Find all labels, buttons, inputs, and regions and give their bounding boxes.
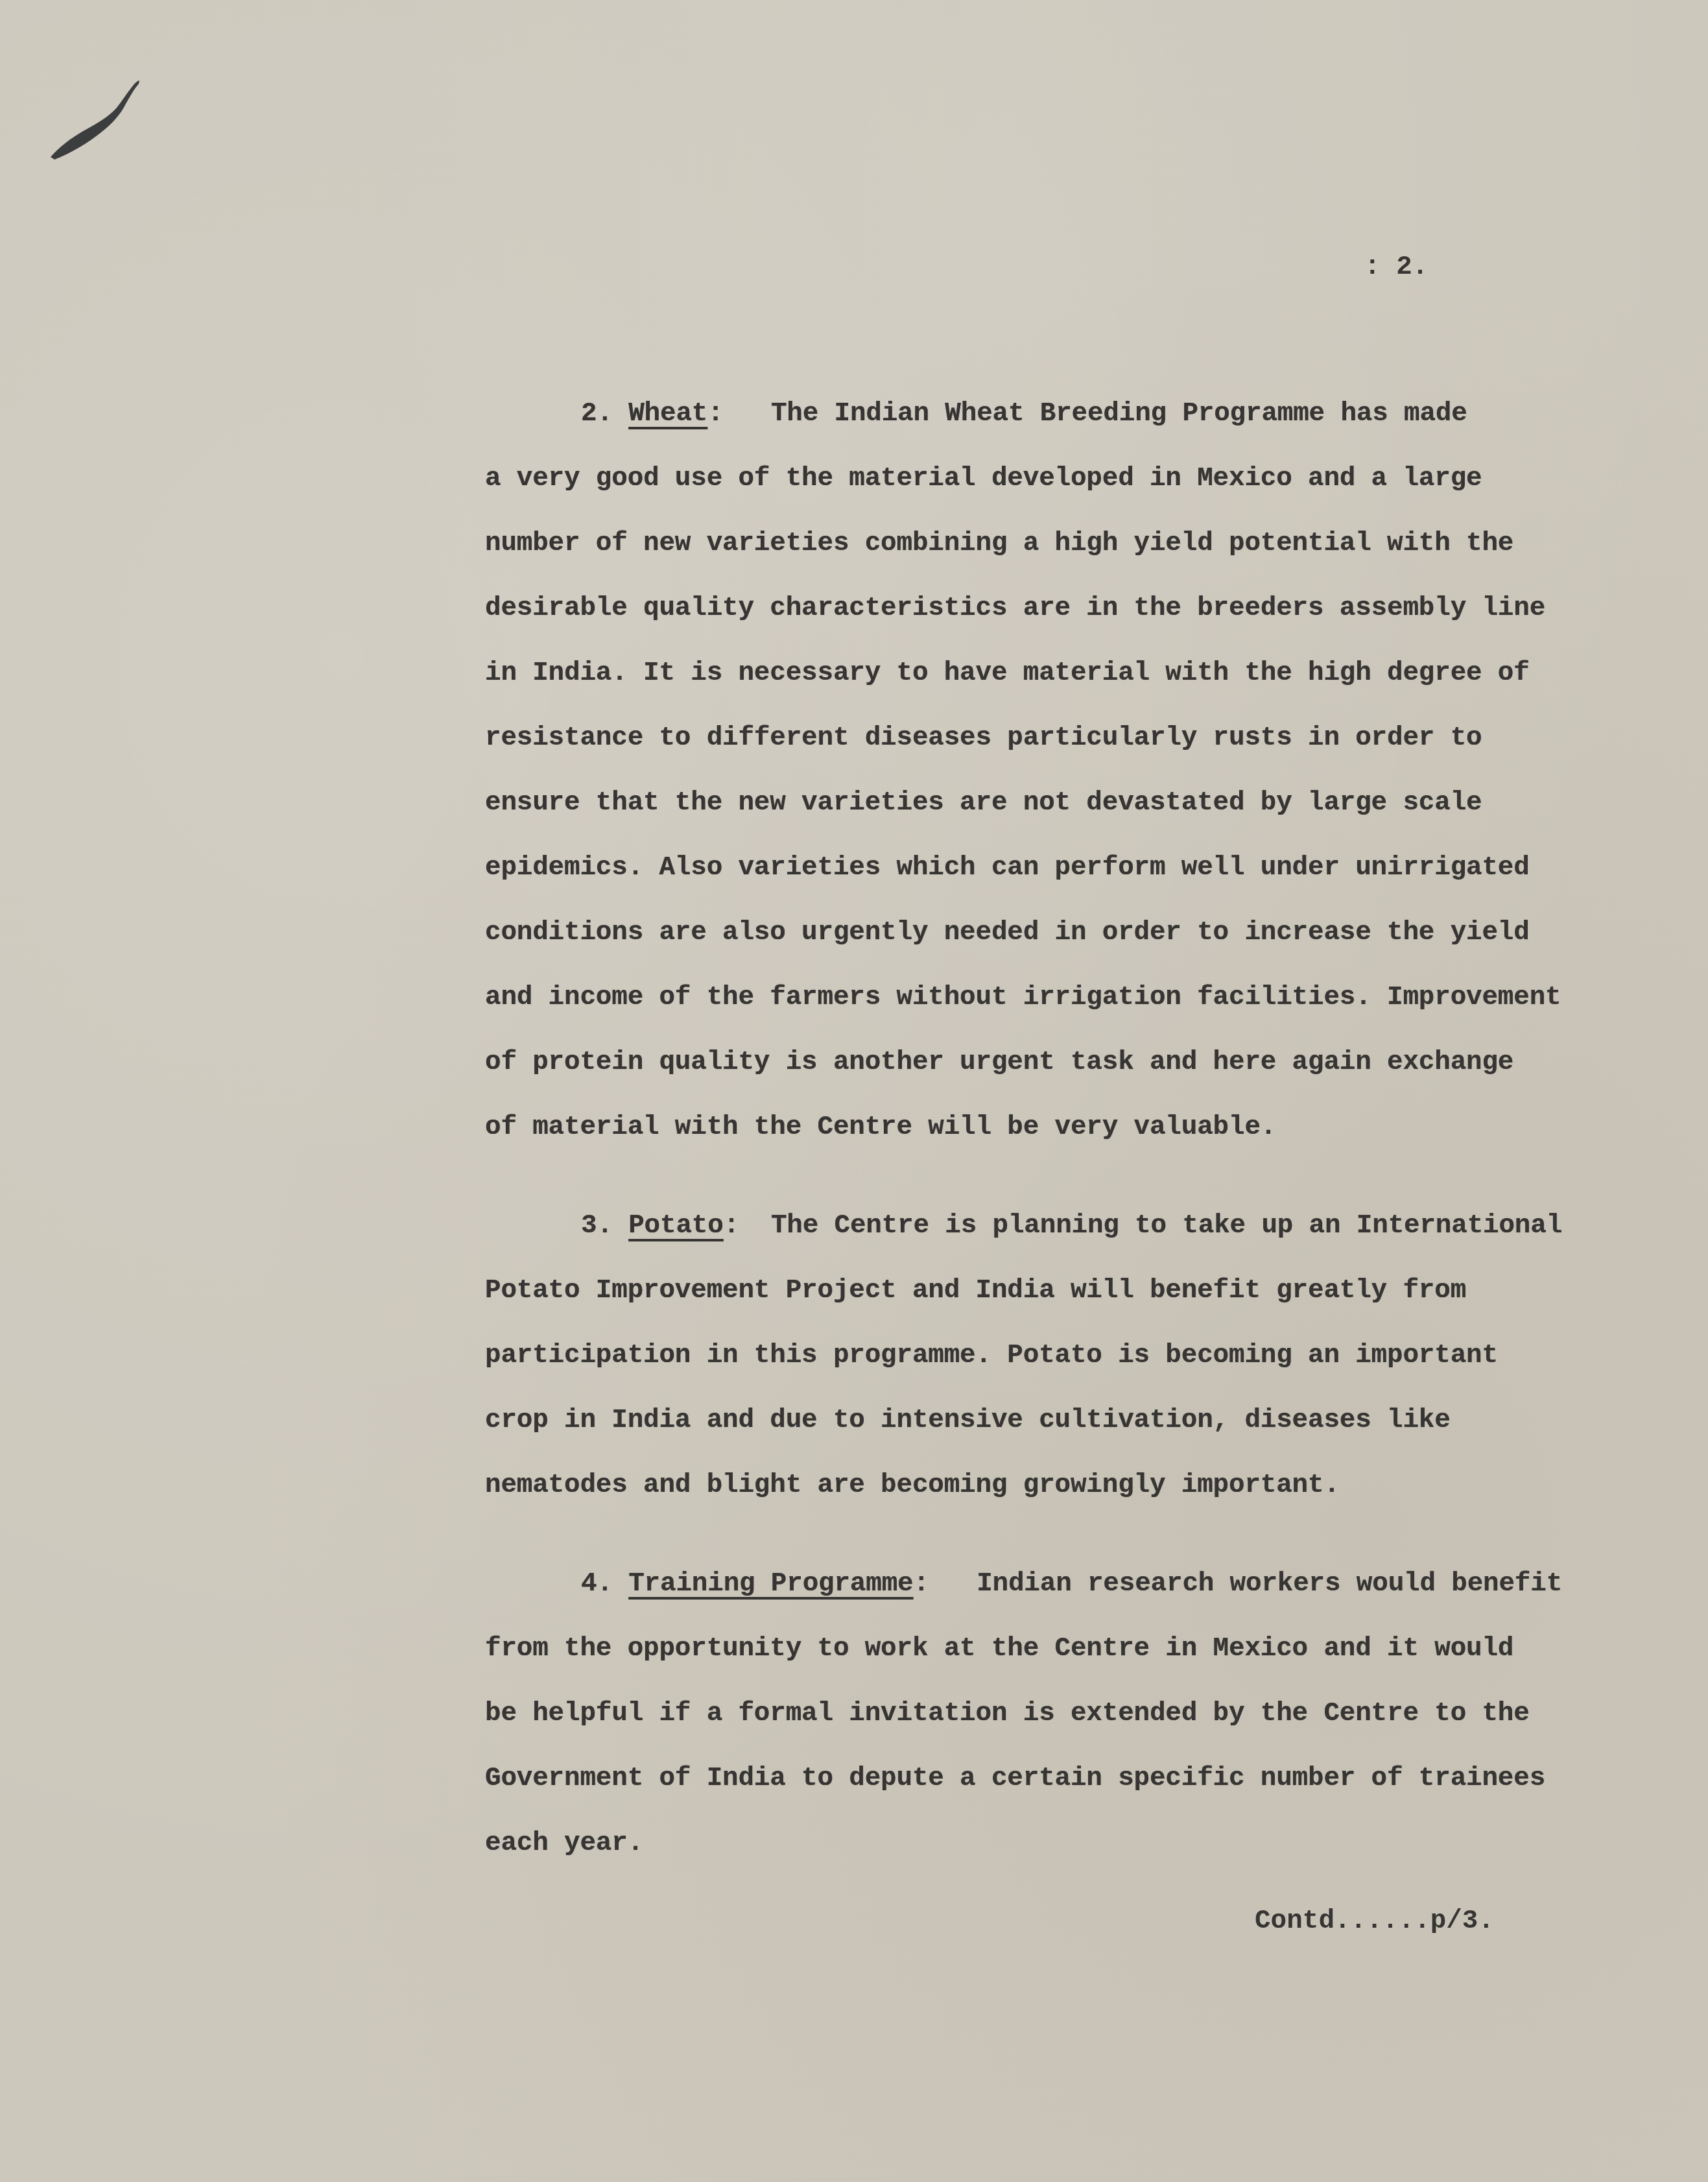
text-line: of protein quality is another urgent tas…	[485, 1030, 1620, 1095]
text-line: resistance to different diseases particu…	[485, 706, 1620, 771]
text-line: desirable quality characteristics are in…	[485, 576, 1620, 641]
text-line: and income of the farmers without irriga…	[485, 965, 1620, 1030]
text-line: Government of India to depute a certain …	[485, 1746, 1620, 1811]
text-line: number of new varieties combining a high…	[485, 511, 1620, 576]
page-number: : 2.	[1364, 254, 1428, 281]
text-line: The Indian Wheat Breeding Programme has …	[771, 399, 1467, 429]
ink-blot-mark	[45, 78, 149, 162]
paragraph-wheat: 2. Wheat: The Indian Wheat Breeding Prog…	[485, 381, 1620, 1160]
text-line: from the opportunity to work at the Cent…	[485, 1616, 1620, 1681]
heading-separator: :	[724, 1211, 771, 1241]
paragraph-potato: 3. Potato: The Centre is planning to tak…	[485, 1193, 1620, 1518]
text-line: Indian research workers would benefit	[977, 1569, 1562, 1599]
text-line: in India. It is necessary to have materi…	[485, 641, 1620, 706]
text-line: conditions are also urgently needed in o…	[485, 900, 1620, 965]
paragraph-first-line: 4. Training Programme: Indian research w…	[485, 1552, 1620, 1616]
section-heading-potato: Potato	[628, 1211, 723, 1241]
heading-separator: :	[914, 1569, 977, 1599]
text-line: a very good use of the material develope…	[485, 446, 1620, 511]
section-number: 2.	[581, 399, 613, 429]
text-line: ensure that the new varieties are not de…	[485, 771, 1620, 835]
paragraph-first-line: 2. Wheat: The Indian Wheat Breeding Prog…	[485, 381, 1620, 446]
paragraph-first-line: 3. Potato: The Centre is planning to tak…	[485, 1193, 1620, 1258]
text-line: epidemics. Also varieties which can perf…	[485, 835, 1620, 900]
text-line: Potato Improvement Project and India wil…	[485, 1258, 1620, 1323]
section-number: 4.	[581, 1569, 613, 1599]
document-body: 2. Wheat: The Indian Wheat Breeding Prog…	[485, 381, 1620, 1910]
section-number: 3.	[581, 1211, 613, 1241]
heading-separator: :	[707, 399, 771, 429]
text-line: The Centre is planning to take up an Int…	[771, 1211, 1562, 1241]
text-line: crop in India and due to intensive culti…	[485, 1388, 1620, 1453]
text-line: nematodes and blight are becoming growin…	[485, 1453, 1620, 1518]
text-line: participation in this programme. Potato …	[485, 1323, 1620, 1388]
text-line: of material with the Centre will be very…	[485, 1095, 1620, 1160]
text-line: be helpful if a formal invitation is ext…	[485, 1681, 1620, 1746]
continuation-note: Contd......p/3.	[1255, 1908, 1494, 1935]
paragraph-training-programme: 4. Training Programme: Indian research w…	[485, 1552, 1620, 1876]
text-line: each year.	[485, 1811, 1620, 1876]
section-heading-training-programme: Training Programme	[628, 1569, 913, 1599]
section-heading-wheat: Wheat	[628, 399, 707, 429]
